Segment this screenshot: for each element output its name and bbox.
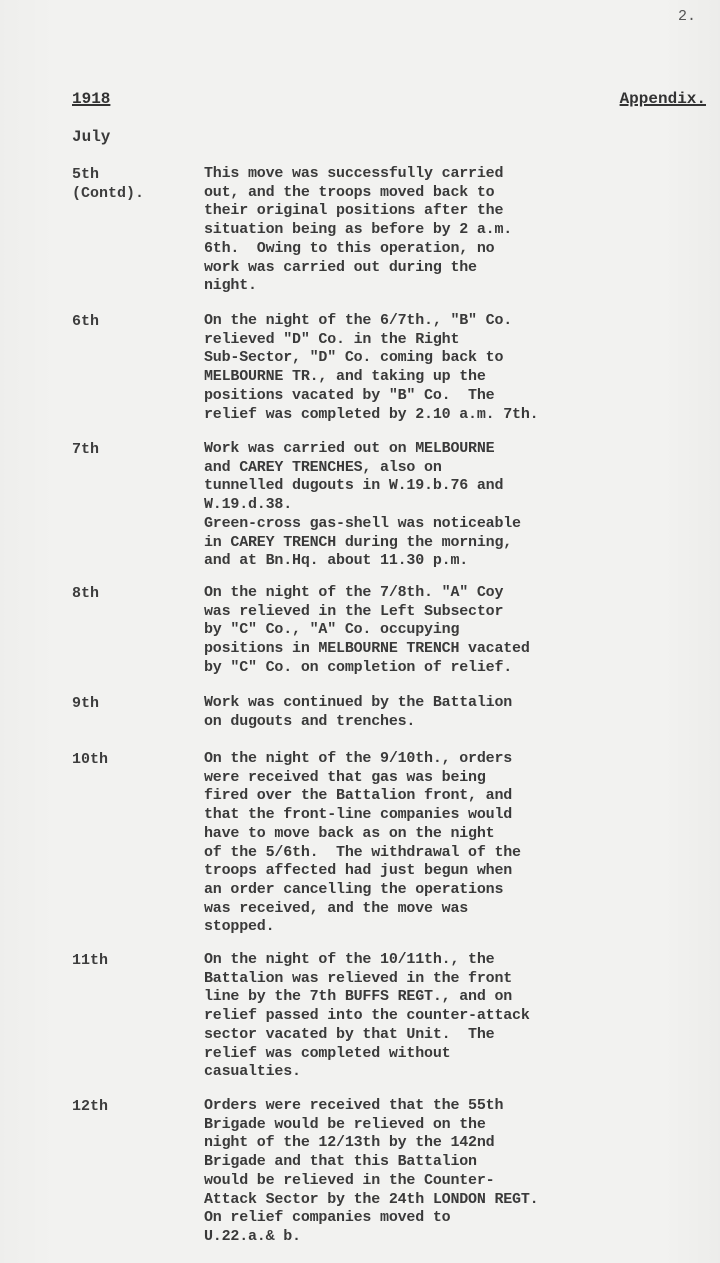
entry-line: have to move back as on the night [204,825,521,844]
entry-line: by "C" Co. on completion of relief. [204,659,530,678]
entry-line: was relieved in the Left Subsector [204,603,530,622]
entry-line: that the front-line companies would [204,806,521,825]
entry-text: Orders were received that the 55th Briga… [204,1097,538,1247]
entry-date: 7th [72,440,99,459]
entry-line: MELBOURNE TR., and taking up the [204,368,538,387]
entry-line: sector vacated by that Unit. The [204,1026,530,1045]
entry-text: On the night of the 9/10th., orders were… [204,750,521,937]
entry-line: fired over the Battalion front, and [204,787,521,806]
entry-line: On the night of the 9/10th., orders [204,750,521,769]
entry-line: W.19.d.38. [204,496,521,515]
entry-date: 12th [72,1097,108,1116]
month-heading: July [72,128,110,146]
entry-line: positions in MELBOURNE TRENCH vacated [204,640,530,659]
entry-line: Brigade would be relieved on the [204,1116,538,1135]
entry-line: troops affected had just begun when [204,862,521,881]
entry-text: On the night of the 6/7th., "B" Co. reli… [204,312,538,424]
document-page: 2. 1918 Appendix. July 5th (Contd). This… [0,0,720,1263]
entry-line: by "C" Co., "A" Co. occupying [204,621,530,640]
entry-line: relieved "D" Co. in the Right [204,331,538,350]
entry-line: and at Bn.Hq. about 11.30 p.m. [204,552,521,571]
entry-line: relief was completed without [204,1045,530,1064]
entry-line: Battalion was relieved in the front [204,970,530,989]
entry-line: Brigade and that this Battalion [204,1153,538,1172]
entry-line: positions vacated by "B" Co. The [204,387,538,406]
entry-text: On the night of the 7/8th. "A" Coy was r… [204,584,530,678]
entry-line: Sub-Sector, "D" Co. coming back to [204,349,538,368]
entry-line: relief passed into the counter-attack [204,1007,530,1026]
entry-line: and CAREY TRENCHES, also on [204,459,521,478]
entry-line: work was carried out during the [204,259,512,278]
entry-text: On the night of the 10/11th., the Battal… [204,951,530,1082]
entry-line: This move was successfully carried [204,165,512,184]
entry-text: Work was carried out on MELBOURNE and CA… [204,440,521,571]
entry-line: Work was carried out on MELBOURNE [204,440,521,459]
entry-line: 6th. Owing to this operation, no [204,240,512,259]
entry-line: night of the 12/13th by the 142nd [204,1134,538,1153]
appendix-heading: Appendix. [620,90,706,108]
entry-text: This move was successfully carried out, … [204,165,512,296]
entry-date: 8th [72,584,99,603]
entry-date: 9th [72,694,99,713]
entry-line: Orders were received that the 55th [204,1097,538,1116]
entry-date: 5th (Contd). [72,165,144,203]
entry-line: On the night of the 10/11th., the [204,951,530,970]
entry-line: tunnelled dugouts in W.19.b.76 and [204,477,521,496]
entry-line: Work was continued by the Battalion [204,694,512,713]
entry-date: 6th [72,312,99,331]
entry-line: Attack Sector by the 24th LONDON REGT. [204,1191,538,1210]
entry-line: their original positions after the [204,202,512,221]
year-heading: 1918 [72,90,110,108]
entry-line: of the 5/6th. The withdrawal of the [204,844,521,863]
entry-line: in CAREY TRENCH during the morning, [204,534,521,553]
entry-line: out, and the troops moved back to [204,184,512,203]
entry-line: On relief companies moved to [204,1209,538,1228]
entry-line: On the night of the 6/7th., "B" Co. [204,312,538,331]
page-number: 2. [678,8,696,25]
entry-line: on dugouts and trenches. [204,713,512,732]
entry-line: were received that gas was being [204,769,521,788]
entry-line: situation being as before by 2 a.m. [204,221,512,240]
entry-date: 11th [72,951,108,970]
entry-line: would be relieved in the Counter- [204,1172,538,1191]
entry-line: line by the 7th BUFFS REGT., and on [204,988,530,1007]
entry-line: Green-cross gas-shell was noticeable [204,515,521,534]
entry-line: was received, and the move was [204,900,521,919]
entry-line: U.22.a.& b. [204,1228,538,1247]
entry-line: On the night of the 7/8th. "A" Coy [204,584,530,603]
entry-line: casualties. [204,1063,530,1082]
entry-line: relief was completed by 2.10 a.m. 7th. [204,406,538,425]
entry-line: an order cancelling the operations [204,881,521,900]
entry-line: stopped. [204,918,521,937]
entry-line: night. [204,277,512,296]
entry-date: 10th [72,750,108,769]
entry-text: Work was continued by the Battalion on d… [204,694,512,731]
